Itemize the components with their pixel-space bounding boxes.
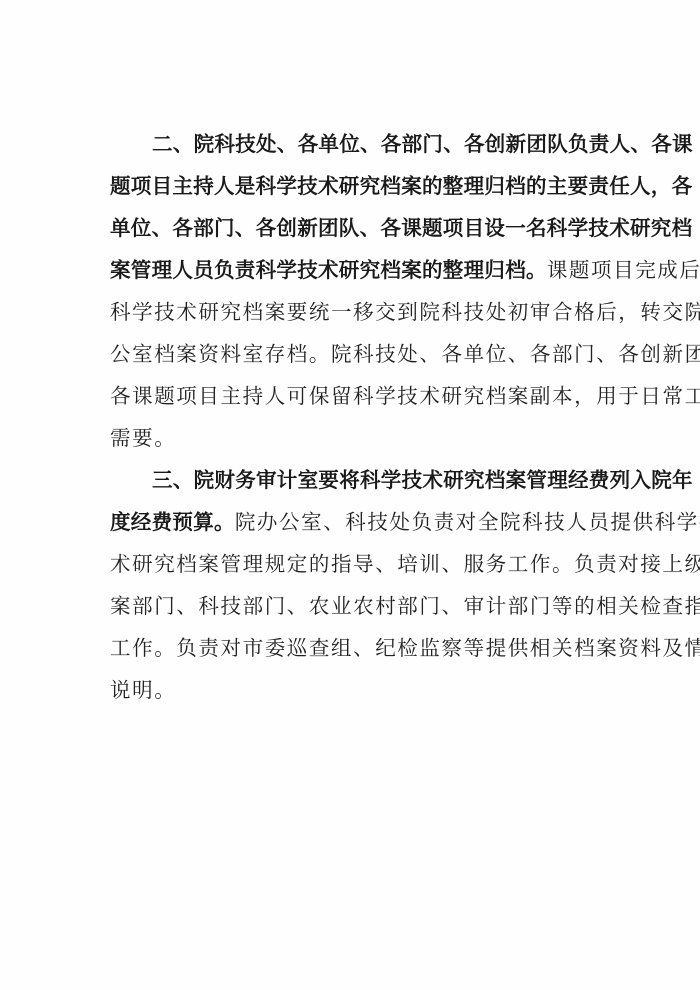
document-page-continued: [0, 0, 700, 990]
